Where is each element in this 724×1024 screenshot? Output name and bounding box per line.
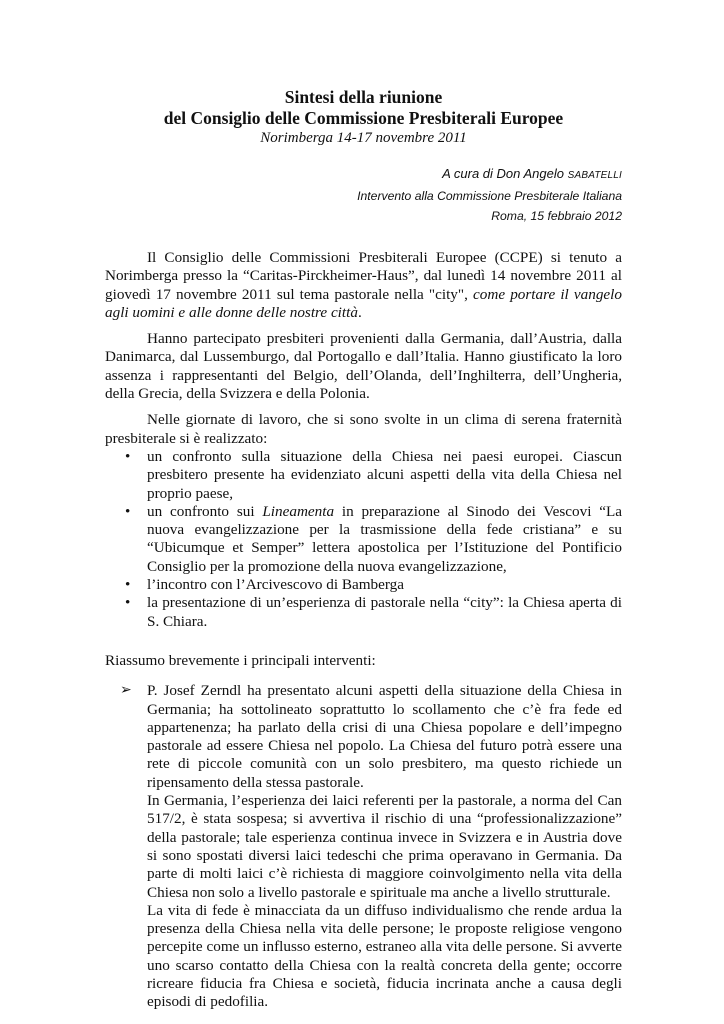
subtitle-date-place: Norimberga 14-17 novembre 2011 [105,129,622,147]
paragraph-intro: Il Consiglio delle Commissioni Presbiter… [105,249,622,322]
list-item: •un confronto sulla situazione della Chi… [105,448,622,503]
bullet-icon: • [125,503,130,521]
byline-date: Roma, 15 febbraio 2012 [491,206,622,226]
list-item-italic: Lineamenta [262,503,334,520]
paragraph-intro-end: . [358,304,362,321]
list-item: •la presentazione di un’esperienza di pa… [105,594,622,631]
byline-author: A cura di Don Angelo Sabatelli [442,164,622,186]
intervention-item: ➢P. Josef Zerndl ha presentato alcuni as… [105,682,622,792]
byline-prefix: A cura di Don Angelo [442,166,568,181]
list-item-text: l’incontro con l’Arcivescovo di Bamberga [147,576,404,593]
intervention-paragraph: La vita di fede è minacciata da un diffu… [105,902,622,1012]
intervention-text: P. Josef Zerndl ha presentato alcuni asp… [147,682,622,790]
paragraph-work-days: Nelle giornate di lavoro, che si sono sv… [105,411,622,448]
list-item: •un confronto sui Lineamenta in preparaz… [105,503,622,576]
interventions-list: ➢P. Josef Zerndl ha presentato alcuni as… [105,682,622,792]
list-item-text: la presentazione di un’esperienza di pas… [147,594,622,629]
intervention-paragraph: In Germania, l’esperienza dei laici refe… [105,792,622,902]
arrow-bullet-icon: ➢ [120,682,132,700]
list-item-text: un confronto sulla situazione della Chie… [147,448,622,502]
byline-occasion: Intervento alla Commissione Presbiterale… [357,186,622,206]
document-body: Il Consiglio delle Commissioni Presbiter… [105,249,622,1012]
title-line-1: Sintesi della riunione [105,87,622,108]
title-line-2: del Consiglio delle Commissione Presbite… [95,108,632,129]
list-item-text: un confronto sui [147,503,262,520]
bullet-icon: • [125,448,130,466]
list-item: •l’incontro con l’Arcivescovo di Bamberg… [105,576,622,594]
byline-surname: Sabatelli [568,170,622,181]
summary-intro: Riassumo brevemente i principali interve… [105,652,622,670]
bullet-icon: • [125,594,130,612]
activity-list: •un confronto sulla situazione della Chi… [105,448,622,631]
bullet-icon: • [125,576,130,594]
paragraph-participants: Hanno partecipato presbiteri provenienti… [105,330,622,403]
